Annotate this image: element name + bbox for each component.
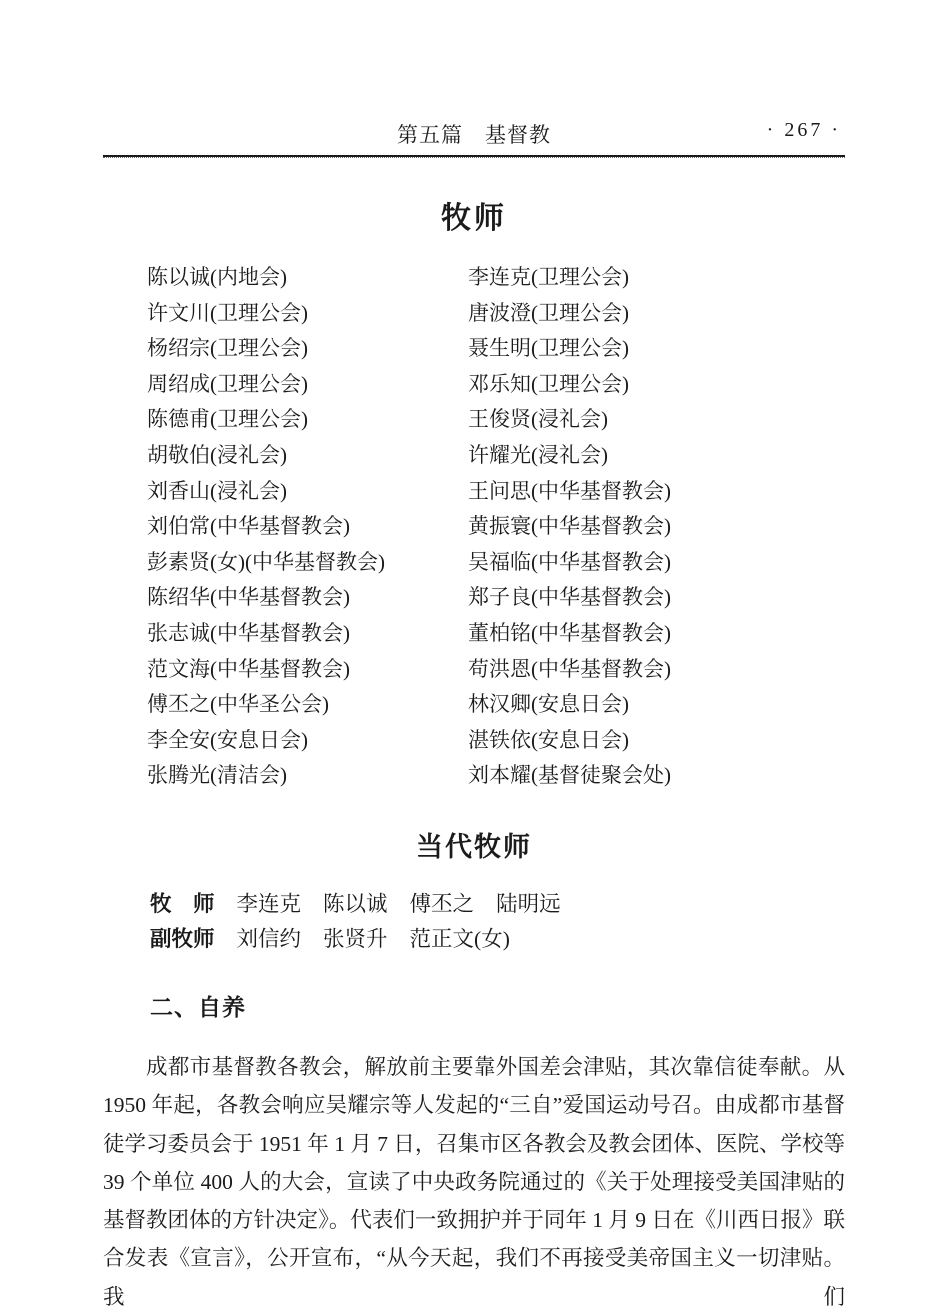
section-title-contemporary-pastors: 当代牧师 — [103, 825, 845, 864]
roster-entry-left: 刘伯常(中华基督教会) — [147, 509, 468, 545]
roster-entry-left: 张腾光(清洁会) — [147, 758, 468, 794]
clergy-role-label: 副牧师 — [150, 922, 215, 958]
roster-entry-right: 郑子良(中华基督教会) — [468, 580, 845, 616]
pastor-name: 刘信约 — [237, 922, 302, 958]
contemporary-pastors-list: 牧 师 李连克陈以诚傅丕之陆明远 副牧师 刘信约张贤升范正文(女) — [103, 887, 845, 958]
roster-entry-left: 李全安(安息日会) — [147, 723, 468, 759]
paragraph-line: 徒学习委员会于 1951 年 1 月 7 日，召集市区各教会及教会团体、医院、学… — [103, 1125, 845, 1163]
roster-entry-right: 聂生明(卫理公会) — [468, 331, 845, 367]
roster-entry-right: 董柏铭(中华基督教会) — [468, 616, 845, 652]
clergy-row: 牧 师 李连克陈以诚傅丕之陆明远 — [150, 887, 845, 923]
roster-entry-right: 苟洪恩(中华基督教会) — [468, 652, 845, 688]
pastor-name: 傅丕之 — [410, 887, 475, 923]
header-rule — [103, 155, 845, 160]
section-heading-self-support: 二、自养 — [103, 989, 845, 1022]
roster-entry-left: 陈德甫(卫理公会) — [147, 402, 468, 438]
section-title-pastors: 牧师 — [103, 193, 845, 237]
roster-entry-left: 傅丕之(中华圣公会) — [147, 687, 468, 723]
roster-entry-right: 王问思(中华基督教会) — [468, 474, 845, 510]
roster-entry-left: 杨绍宗(卫理公会) — [147, 331, 468, 367]
pastor-name: 陈以诚 — [323, 887, 388, 923]
roster-entry-left: 陈以诚(内地会) — [147, 260, 468, 296]
paragraph-line: 基督教团体的方针决定》。代表们一致拥护并于同年 1 月 9 日在《川西日报》联 — [103, 1201, 845, 1239]
clergy-role-label: 牧 师 — [150, 887, 215, 923]
roster-entry-left: 胡敬伯(浸礼会) — [147, 438, 468, 474]
roster-entry-right: 吴福临(中华基督教会) — [468, 545, 845, 581]
page-number: · 267 · — [767, 119, 841, 142]
pastor-name: 张贤升 — [323, 922, 388, 958]
paragraph-line: 39 个单位 400 人的大会，宣读了中央政务院通过的《关于处理接受美国津贴的 — [103, 1163, 845, 1201]
roster-entry-left: 刘香山(浸礼会) — [147, 474, 468, 510]
roster-entry-left: 彭素贤(女)(中华基督教会) — [147, 545, 468, 581]
pastors-roster: 陈以诚(内地会) 李连克(卫理公会) 许文川(卫理公会) 唐波澄(卫理公会) 杨… — [103, 260, 845, 794]
roster-entry-right: 许耀光(浸礼会) — [468, 438, 845, 474]
roster-entry-right: 邓乐知(卫理公会) — [468, 367, 845, 403]
pastor-name: 范正文(女) — [410, 922, 510, 958]
roster-entry-right: 黄振寰(中华基督教会) — [468, 509, 845, 545]
pastor-name: 陆明远 — [496, 887, 561, 923]
roster-entry-left: 陈绍华(中华基督教会) — [147, 580, 468, 616]
roster-entry-right: 刘本耀(基督徒聚会处) — [468, 758, 845, 794]
self-support-paragraph: 成都市基督教各教会，解放前主要靠外国差会津贴，其次靠信徒奉献。从 1950 年起… — [103, 1048, 845, 1310]
roster-entry-right: 林汉卿(安息日会) — [468, 687, 845, 723]
paragraph-line: 合发表《宣言》，公开宣布，“从今天起，我们不再接受美帝国主义一切津贴。我们 — [103, 1239, 845, 1310]
paragraph-line: 1950 年起，各教会响应吴耀宗等人发起的“三自”爱国运动号召。由成都市基督 — [103, 1086, 845, 1124]
roster-entry-right: 王俊贤(浸礼会) — [468, 402, 845, 438]
roster-entry-right: 唐波澄(卫理公会) — [468, 296, 845, 332]
paragraph-line: 成都市基督教各教会，解放前主要靠外国差会津贴，其次靠信徒奉献。从 — [103, 1048, 845, 1086]
roster-entry-right: 李连克(卫理公会) — [468, 260, 845, 296]
roster-entry-left: 周绍成(卫理公会) — [147, 367, 468, 403]
clergy-names: 刘信约张贤升范正文(女) — [237, 922, 510, 958]
page-header: 第五篇 基督教 · 267 · — [103, 0, 845, 148]
roster-entry-left: 张志诚(中华基督教会) — [147, 616, 468, 652]
page-content: 第五篇 基督教 · 267 · 牧师 陈以诚(内地会) 李连克(卫理公会) 许文… — [0, 0, 936, 1310]
scanned-book-page: 第五篇 基督教 · 267 · 牧师 陈以诚(内地会) 李连克(卫理公会) 许文… — [0, 0, 936, 1310]
pastor-name: 李连克 — [237, 887, 302, 923]
chapter-title: 第五篇 基督教 — [103, 119, 845, 149]
clergy-row: 副牧师 刘信约张贤升范正文(女) — [150, 922, 845, 958]
clergy-names: 李连克陈以诚傅丕之陆明远 — [237, 887, 561, 923]
roster-entry-right: 湛铁依(安息日会) — [468, 723, 845, 759]
roster-entry-left: 许文川(卫理公会) — [147, 296, 468, 332]
roster-entry-left: 范文海(中华基督教会) — [147, 652, 468, 688]
